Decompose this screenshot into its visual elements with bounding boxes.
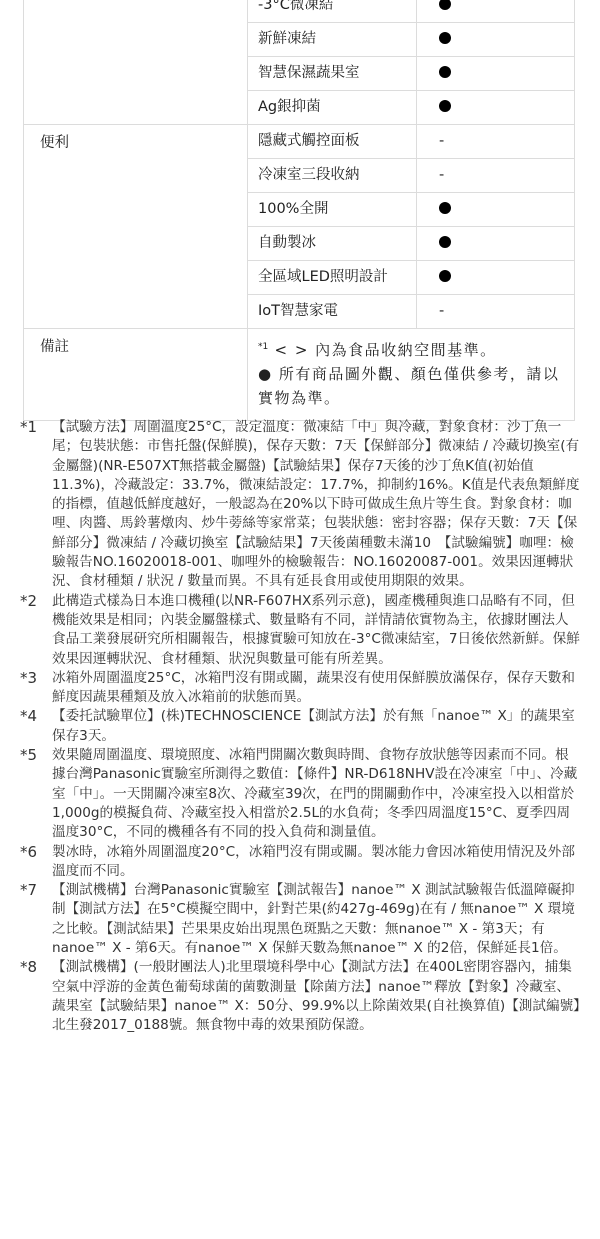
feature-cell: Ag銀抑菌	[248, 91, 417, 125]
feature-cell: -3°C微凍結	[248, 0, 417, 23]
filled-dot-icon	[439, 202, 451, 214]
spec-table: -3°C微凍結 新鮮凍結 智慧保濕蔬果室 Ag銀抑菌 便利 隱藏式觸控面板 - …	[23, 0, 575, 421]
feature-cell: 隱藏式觸控面板	[248, 125, 417, 159]
footnote-4: *4【委托試驗單位】(株)TECHNOSCIENCE【測試方法】於有無「nano…	[20, 707, 580, 746]
category-cell	[24, 0, 248, 125]
footnote-mark: *6	[20, 843, 52, 882]
table-row-remarks: 備註 *1 < > 內為食品收納空間基準。 ● 所有商品圖外觀、顏色僅供參考，請…	[24, 329, 575, 421]
value-cell	[417, 57, 575, 91]
table-row: -3°C微凍結	[24, 0, 575, 23]
filled-dot-icon	[439, 0, 451, 10]
footnote-text: 【測試機構】台灣Panasonic實驗室【測試報告】nanoe™ X 測試試驗報…	[52, 881, 580, 958]
footnote-mark: *1	[20, 418, 52, 592]
value-cell: -	[417, 125, 575, 159]
footnote-text: 效果隨周圍溫度、環境照度、冰箱門開關次數與時間、食物存放狀態等因素而不同。根據台…	[52, 746, 580, 842]
category-remarks: 備註	[24, 329, 248, 421]
value-cell	[417, 23, 575, 57]
category-convenience: 便利	[24, 125, 248, 329]
footnote-mark: *5	[20, 746, 52, 842]
footnote-mark: *4	[20, 707, 52, 746]
filled-dot-icon	[439, 32, 451, 44]
feature-cell: 100%全開	[248, 193, 417, 227]
footnote-mark: *3	[20, 669, 52, 708]
filled-dot-icon	[439, 270, 451, 282]
value-cell	[417, 261, 575, 295]
footnote-8: *8【測試機構】(一般財團法人)北里環境科學中心【測試方法】在400L密閉容器內…	[20, 958, 580, 1035]
dash-mark: -	[439, 295, 444, 328]
feature-cell: 智慧保濕蔬果室	[248, 57, 417, 91]
footnote-text: 【測試機構】(一般財團法人)北里環境科學中心【測試方法】在400L密閉容器內，捕…	[52, 958, 580, 1035]
footnote-text: 此構造式樣為日本進口機種(以NR-F607HX系列示意)，國產機種與進口品略有不…	[52, 592, 580, 669]
footnote-text: 【試驗方法】周圍溫度25°C，設定溫度：微凍結「中」與冷藏，對象食材：沙丁魚一尾…	[52, 418, 580, 592]
footnote-text: 冰箱外周圍溫度25°C，冰箱門沒有開或關，蔬果沒有使用保鮮膜放滿保存，保存天數和…	[52, 669, 580, 708]
filled-dot-icon	[439, 236, 451, 248]
value-cell	[417, 193, 575, 227]
table-row: 便利 隱藏式觸控面板 -	[24, 125, 575, 159]
footnote-2: *2此構造式樣為日本進口機種(以NR-F607HX系列示意)，國產機種與進口品略…	[20, 592, 580, 669]
value-cell	[417, 227, 575, 261]
dash-mark: -	[439, 159, 444, 192]
feature-cell: 新鮮凍結	[248, 23, 417, 57]
footnote-5: *5效果隨周圍溫度、環境照度、冰箱門開關次數與時間、食物存放狀態等因素而不同。根…	[20, 746, 580, 842]
footnote-text: 製冰時，冰箱外周圍溫度20°C，冰箱門沒有開或關。製冰能力會因冰箱使用情況及外部…	[52, 843, 580, 882]
footnote-text: 【委托試驗單位】(株)TECHNOSCIENCE【測試方法】於有無「nanoe™…	[52, 707, 580, 746]
value-cell: -	[417, 295, 575, 329]
value-cell: -	[417, 159, 575, 193]
feature-cell: 冷凍室三段收納	[248, 159, 417, 193]
feature-cell: IoT智慧家電	[248, 295, 417, 329]
value-cell	[417, 0, 575, 23]
dash-mark: -	[439, 125, 444, 158]
filled-dot-icon	[439, 100, 451, 112]
footnote-6: *6製冰時，冰箱外周圍溫度20°C，冰箱門沒有開或關。製冰能力會因冰箱使用情況及…	[20, 843, 580, 882]
footnote-mark: *2	[20, 592, 52, 669]
remarks-line-1: *1 < > 內為食品收納空間基準。	[258, 335, 564, 362]
footnote-1: *1【試驗方法】周圍溫度25°C，設定溫度：微凍結「中」與冷藏，對象食材：沙丁魚…	[20, 418, 580, 592]
feature-cell: 自動製冰	[248, 227, 417, 261]
feature-cell: 全區域LED照明設計	[248, 261, 417, 295]
footnote-mark: *7	[20, 881, 52, 958]
footnotes-list: *1【試驗方法】周圍溫度25°C，設定溫度：微凍結「中」與冷藏，對象食材：沙丁魚…	[20, 418, 580, 1036]
footnote-ref: *1	[258, 342, 268, 352]
footnote-7: *7【測試機構】台灣Panasonic實驗室【測試報告】nanoe™ X 測試試…	[20, 881, 580, 958]
value-cell	[417, 91, 575, 125]
filled-dot-icon	[439, 66, 451, 78]
remarks-cell: *1 < > 內為食品收納空間基準。 ● 所有商品圖外觀、顏色僅供參考，請以實物…	[248, 329, 575, 421]
footnote-mark: *8	[20, 958, 52, 1035]
footnote-3: *3冰箱外周圍溫度25°C，冰箱門沒有開或關，蔬果沒有使用保鮮膜放滿保存，保存天…	[20, 669, 580, 708]
remarks-line-2: ● 所有商品圖外觀、顏色僅供參考，請以實物為準。	[258, 362, 564, 410]
